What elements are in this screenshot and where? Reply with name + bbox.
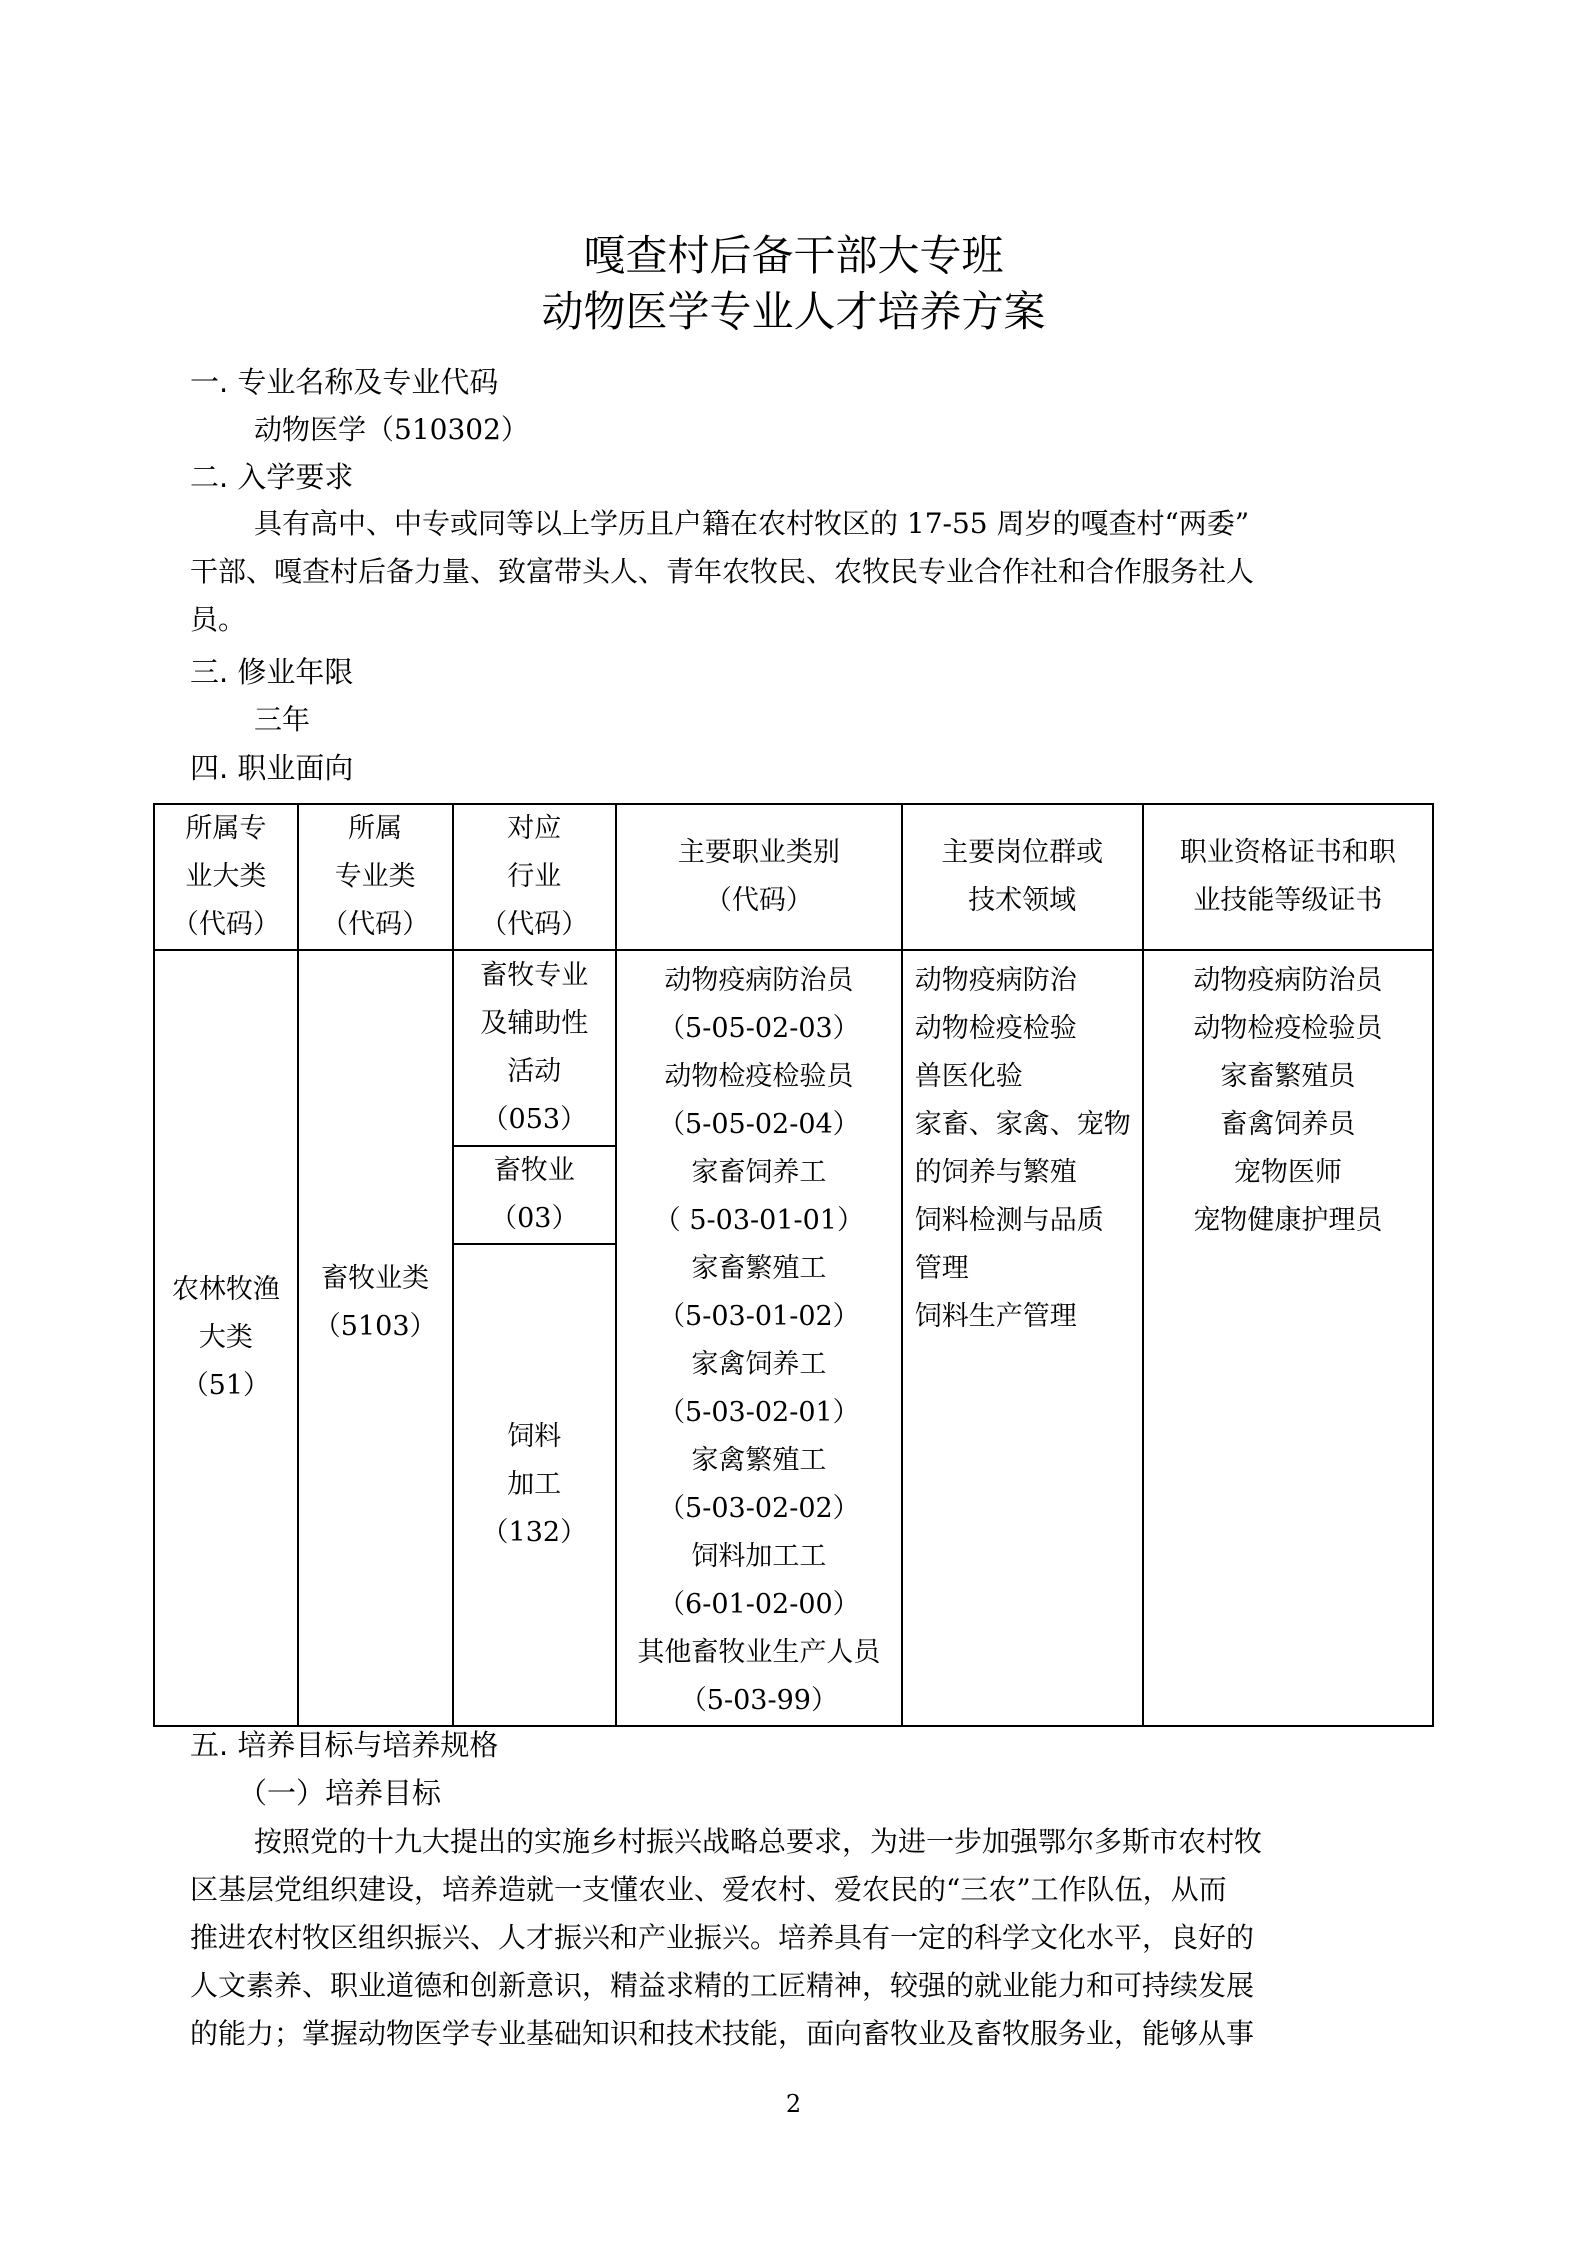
cell-industry-132: 饲料加工（132） [453, 1244, 617, 1726]
header-major-class: 所属专业类（代码） [298, 804, 453, 950]
cell-industry-053: 畜牧专业及辅助性活动（053） [453, 950, 617, 1146]
document-title-line1: 嘎查村后备干部大专班 [0, 228, 1587, 284]
section-5-line-5: 的能力；掌握动物医学专业基础知识和技术技能，面向畜牧业及畜牧服务业，能够从事 [190, 2010, 1405, 2058]
section-5-line-1: 按照党的十九大提出的实施乡村振兴战略总要求，为进一步加强鄂尔多斯市农村牧 [190, 1818, 1405, 1866]
section-3-heading: 三. 修业年限 [190, 652, 353, 692]
occupation-table: 所属专业大类（代码） 所属专业类（代码） 对应行业（代码） 主要职业类别（代码）… [153, 803, 1434, 1727]
cell-positions: 动物疫病防治动物检疫检验 兽医化验家畜、家禽、宠物 的饲养与繁殖饲料检测与品质 … [902, 950, 1143, 1726]
header-industry: 对应行业（代码） [453, 804, 617, 950]
section-5-heading: 五. 培养目标与培养规格 [190, 1725, 498, 1765]
section-3-body: 三年 [254, 700, 310, 740]
section-1-heading: 一. 专业名称及专业代码 [190, 362, 498, 402]
section-2-heading: 二. 入学要求 [190, 457, 353, 497]
cell-major-class: 畜牧业类（5103） [298, 950, 453, 1726]
page-number: 2 [0, 2090, 1587, 2118]
header-occupation: 主要职业类别（代码） [616, 804, 902, 950]
section-2-line-1: 具有高中、中专或同等以上学历且户籍在农村牧区的 17-55 周岁的嘎查村“两委” [190, 500, 1405, 548]
section-5-subheading: （一）培养目标 [238, 1773, 441, 1813]
section-1-body: 动物医学（510302） [254, 410, 529, 450]
document-title-line2: 动物医学专业人才培养方案 [0, 284, 1587, 340]
section-2-line-3: 员。 [190, 596, 1405, 644]
section-5-line-4: 人文素养、职业道德和创新意识，精益求精的工匠精神，较强的就业能力和可持续发展 [190, 1962, 1405, 2010]
cell-occupations: 动物疫病防治员（5-05-02-03） 动物检疫检验员（5-05-02-04） … [616, 950, 902, 1726]
cell-major-category: 农林牧渔大类（51） [154, 950, 298, 1726]
section-5-line-2: 区基层党组织建设，培养造就一支懂农业、爱农村、爱农民的“三农”工作队伍，从而 [190, 1866, 1405, 1914]
table-row: 农林牧渔大类（51） 畜牧业类（5103） 畜牧专业及辅助性活动（053） 动物… [154, 950, 1433, 1146]
section-5-line-3: 推进农村牧区组织振兴、人才振兴和产业振兴。培养具有一定的科学文化水平，良好的 [190, 1914, 1405, 1962]
section-4-heading: 四. 职业面向 [190, 748, 353, 788]
header-certificates: 职业资格证书和职业技能等级证书 [1143, 804, 1433, 950]
table-header-row: 所属专业大类（代码） 所属专业类（代码） 对应行业（代码） 主要职业类别（代码）… [154, 804, 1433, 950]
cell-industry-03: 畜牧业（03） [453, 1146, 617, 1244]
header-positions: 主要岗位群或技术领域 [902, 804, 1143, 950]
section-2-line-2: 干部、嘎查村后备力量、致富带头人、青年农牧民、农牧民专业合作社和合作服务社人 [190, 548, 1405, 596]
header-major-category: 所属专业大类（代码） [154, 804, 298, 950]
cell-certificates: 动物疫病防治员动物检疫检验员 家畜繁殖员畜禽饲养员 宠物医师宠物健康护理员 [1143, 950, 1433, 1726]
